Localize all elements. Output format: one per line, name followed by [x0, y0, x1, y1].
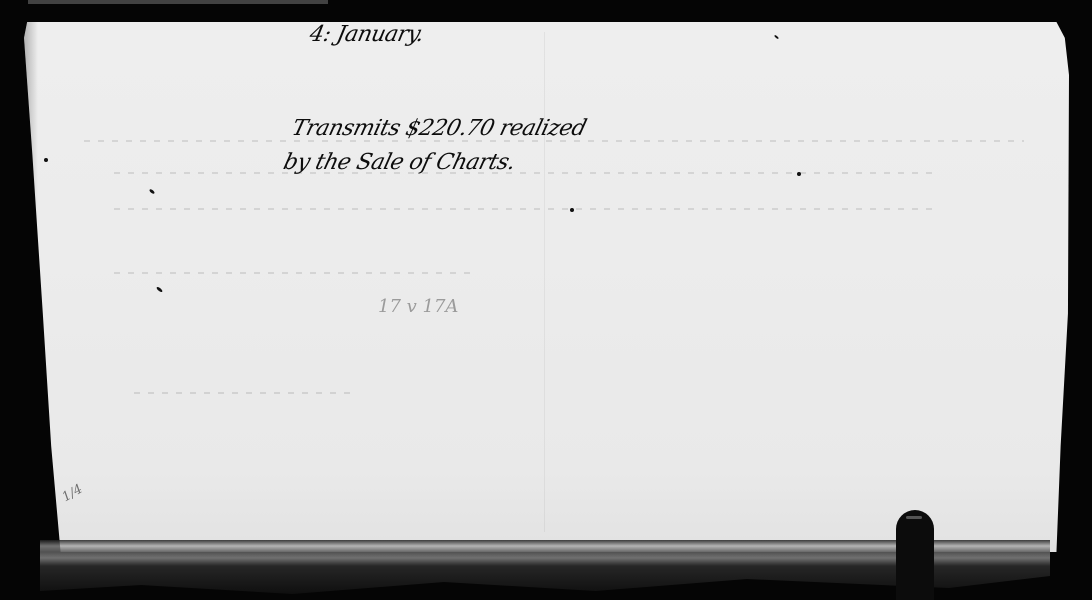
document-sheet — [24, 22, 1069, 552]
clip-tab — [896, 510, 934, 600]
summary-line-1: Transmits $220.70 realized — [288, 112, 590, 146]
show-through-line — [114, 272, 474, 274]
show-through-line — [114, 208, 934, 210]
scan-background: 4: January. Transmits $220.70 realized b… — [0, 0, 1092, 600]
ink-speck — [570, 208, 574, 212]
docket-date: 4: January. — [307, 22, 426, 47]
summary-line-2: by the Sale of Charts. — [280, 146, 582, 180]
ink-speck — [156, 286, 163, 293]
docket-summary: Transmits $220.70 realized by the Sale o… — [280, 112, 590, 180]
ink-speck — [149, 188, 156, 194]
show-through-line — [134, 392, 354, 394]
underlying-page-edge — [28, 0, 328, 4]
pencil-file-number: 17 v 17A — [378, 296, 458, 317]
ink-speck — [797, 172, 801, 176]
ink-speck — [774, 35, 779, 40]
ink-speck — [44, 158, 48, 162]
